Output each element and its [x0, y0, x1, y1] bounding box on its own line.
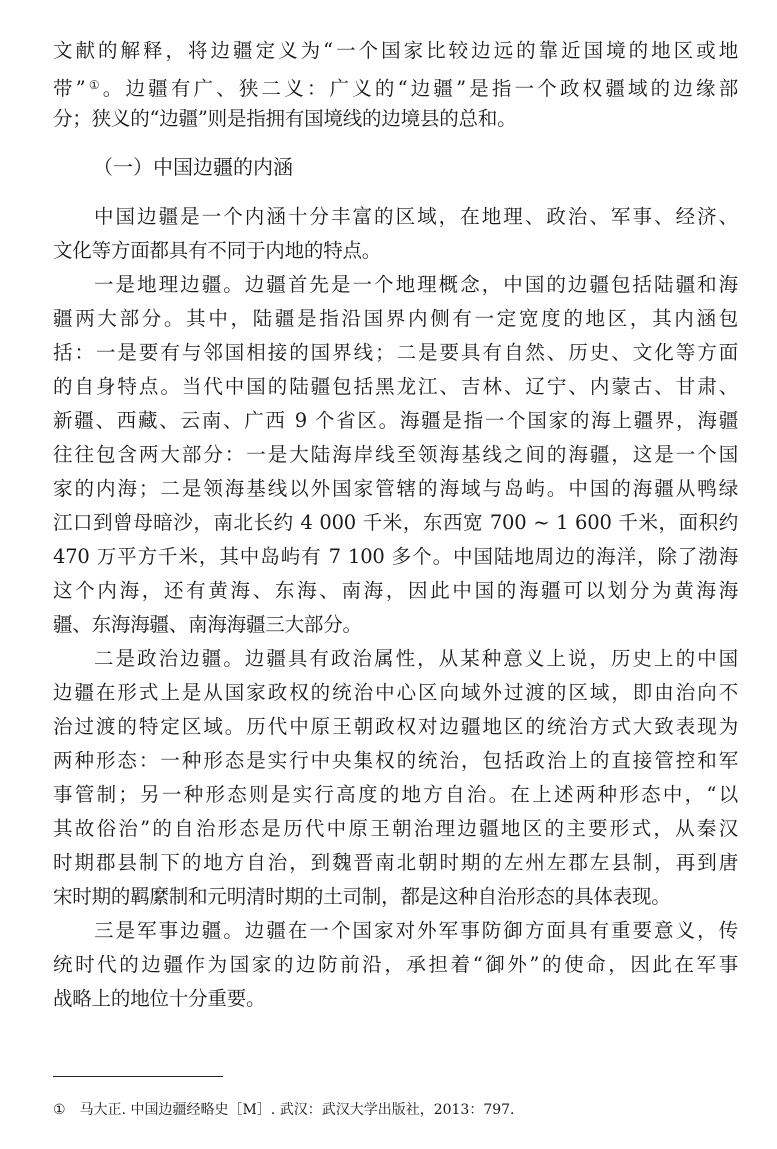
text-line: 文化等方面都具有不同于内地的特点。: [53, 234, 738, 268]
text-line: 统时代的边疆作为国家的边防前沿，承担着“御外”的使命，因此在军事: [53, 948, 738, 982]
paragraph-geographic-frontier: 一是地理边疆。边疆首先是一个地理概念，中国的边疆包括陆疆和海 疆两大部分。其中，…: [53, 268, 738, 642]
text-line: 分；狭义的“边疆”则是指拥有国境线的边境县的总和。: [53, 102, 738, 136]
text-line: 文献的解释，将边疆定义为“一个国家比较边远的靠近国境的地区或地: [53, 34, 738, 68]
paragraph-political-frontier: 二是政治边疆。边疆具有政治属性，从某种意义上说，历史上的中国 边疆在形式上是从国…: [53, 642, 738, 914]
paragraph-overview: 中国边疆是一个内涵十分丰富的区域，在地理、政治、军事、经济、 文化等方面都具有不…: [53, 200, 738, 268]
document-page: 文献的解释，将边疆定义为“一个国家比较边远的靠近国境的地区或地 带”①。边疆有广…: [53, 34, 738, 1016]
text-line: 一是地理边疆。边疆首先是一个地理概念，中国的边疆包括陆疆和海: [53, 268, 738, 302]
text-line: 战略上的地位十分重要。: [53, 982, 738, 1016]
text-fragment: 。边疆有广、狭二义：广义的“边疆”是指一个政权疆域的边缘部: [103, 77, 738, 100]
text-line: 这个内海，还有黄海、东海、南海，因此中国的海疆可以划分为黄海海: [53, 574, 738, 608]
text-line: 边疆在形式上是从国家政权的统治中心区向域外过渡的区域，即由治向不: [53, 676, 738, 710]
text-line: 疆、东海海疆、南海海疆三大部分。: [53, 608, 738, 642]
footnote-marker[interactable]: ①: [85, 78, 102, 92]
text-line: 治过渡的特定区域。历代中原王朝政权对边疆地区的统治方式大致表现为: [53, 710, 738, 744]
text-line: 疆两大部分。其中，陆疆是指沿国界内侧有一定宽度的地区，其内涵包: [53, 302, 738, 336]
text-line: 括：一是要有与邻国相接的国界线；二是要具有自然、历史、文化等方面: [53, 336, 738, 370]
text-line: 新疆、西藏、云南、广西 9 个省区。海疆是指一个国家的海上疆界，海疆: [53, 404, 738, 438]
text-fragment: 带”: [53, 77, 85, 100]
text-line: 470 万平方千米，其中岛屿有 7 100 多个。中国陆地周边的海洋，除了渤海: [53, 540, 738, 574]
text-line: 宋时期的羁縻制和元明清时期的土司制，都是这种自治形态的具体表现。: [53, 880, 738, 914]
text-line: 中国边疆是一个内涵十分丰富的区域，在地理、政治、军事、经济、: [53, 200, 738, 234]
text-line: 二是政治边疆。边疆具有政治属性，从某种意义上说，历史上的中国: [53, 642, 738, 676]
paragraph-military-frontier: 三是军事边疆。边疆在一个国家对外军事防御方面具有重要意义，传 统时代的边疆作为国…: [53, 914, 738, 1016]
footnote-divider: [53, 1076, 223, 1077]
text-line: 两种形态：一种形态是实行中央集权的统治，包括政治上的直接管控和军: [53, 744, 738, 778]
text-line: 三是军事边疆。边疆在一个国家对外军事防御方面具有重要意义，传: [53, 914, 738, 948]
section-heading: （一）中国边疆的内涵: [53, 150, 738, 184]
text-line: 江口到曾母暗沙，南北长约 4 000 千米，东西宽 700 ~ 1 600 千米…: [53, 506, 738, 540]
text-line: 时期郡县制下的地方自治，到魏晋南北朝时期的左州左郡左县制，再到唐: [53, 846, 738, 880]
text-line: 带”①。边疆有广、狭二义：广义的“边疆”是指一个政权疆域的边缘部: [53, 68, 738, 102]
text-line: 家的内海；二是领海基线以外国家管辖的海域与岛屿。中国的海疆从鸭绿: [53, 472, 738, 506]
footnote-citation: 马大正. 中国边疆经略史［M］. 武汉：武汉大学出版社，2013：797.: [80, 1102, 515, 1118]
footnote-number: ①: [53, 1102, 66, 1118]
text-line: 其故俗治”的自治形态是历代中原王朝治理边疆地区的主要形式，从秦汉: [53, 812, 738, 846]
text-line: 往往包含两大部分：一是大陆海岸线至领海基线之间的海疆，这是一个国: [53, 438, 738, 472]
text-line: 事管制；另一种形态则是实行高度的地方自治。在上述两种形态中，“以: [53, 778, 738, 812]
footnote: ①马大正. 中国边疆经略史［M］. 武汉：武汉大学出版社，2013：797.: [53, 1100, 515, 1120]
text-line: 的自身特点。当代中国的陆疆包括黑龙江、吉林、辽宁、内蒙古、甘肃、: [53, 370, 738, 404]
